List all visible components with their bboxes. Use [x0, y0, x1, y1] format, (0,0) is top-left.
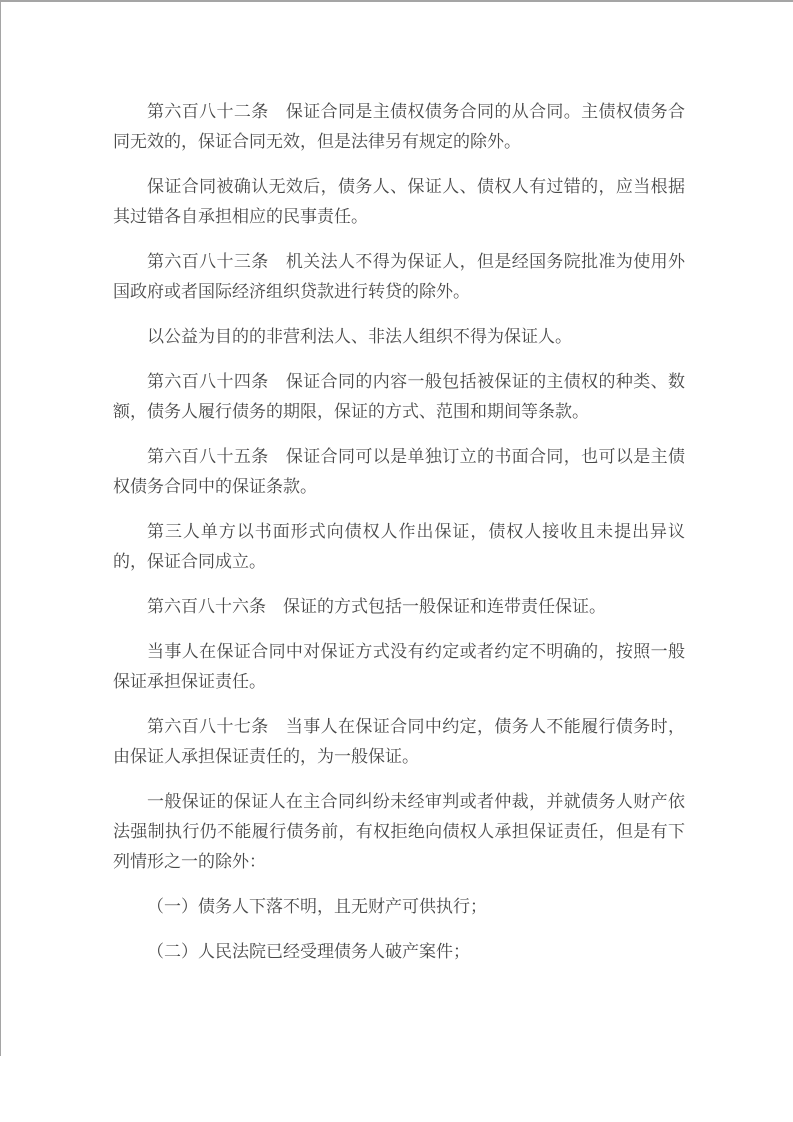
paragraph: 第六百八十三条 机关法人不得为保证人，但是经国务院批准为使用外国政府或者国际经济… [113, 247, 685, 307]
paragraph: 第六百八十七条 当事人在保证合同中约定，债务人不能履行债务时，由保证人承担保证责… [113, 712, 685, 772]
paragraph: （一）债务人下落不明，且无财产可供执行； [113, 892, 685, 922]
document-body: 第六百八十二条 保证合同是主债权债务合同的从合同。主债权债务合同无效的，保证合同… [113, 97, 685, 982]
paragraph: 第六百八十二条 保证合同是主债权债务合同的从合同。主债权债务合同无效的，保证合同… [113, 97, 685, 157]
paragraph: 第六百八十四条 保证合同的内容一般包括被保证的主债权的种类、数额，债务人履行债务… [113, 367, 685, 427]
paragraph: 第六百八十六条 保证的方式包括一般保证和连带责任保证。 [113, 592, 685, 622]
paragraph: 以公益为目的的非营利法人、非法人组织不得为保证人。 [113, 322, 685, 352]
page-top-edge-line [0, 0, 793, 2]
paragraph: 一般保证的保证人在主合同纠纷未经审判或者仲裁，并就债务人财产依法强制执行仍不能履… [113, 787, 685, 877]
paragraph: 保证合同被确认无效后，债务人、保证人、债权人有过错的，应当根据其过错各自承担相应… [113, 172, 685, 232]
paragraph: 第三人单方以书面形式向债权人作出保证，债权人接收且未提出异议的，保证合同成立。 [113, 517, 685, 577]
paragraph: 当事人在保证合同中对保证方式没有约定或者约定不明确的，按照一般保证承担保证责任。 [113, 637, 685, 697]
paragraph: （二）人民法院已经受理债务人破产案件； [113, 937, 685, 967]
page-left-edge-line [0, 0, 1, 1056]
paragraph: 第六百八十五条 保证合同可以是单独订立的书面合同，也可以是主债权债务合同中的保证… [113, 442, 685, 502]
document-page: 第六百八十二条 保证合同是主债权债务合同的从合同。主债权债务合同无效的，保证合同… [0, 0, 793, 1122]
